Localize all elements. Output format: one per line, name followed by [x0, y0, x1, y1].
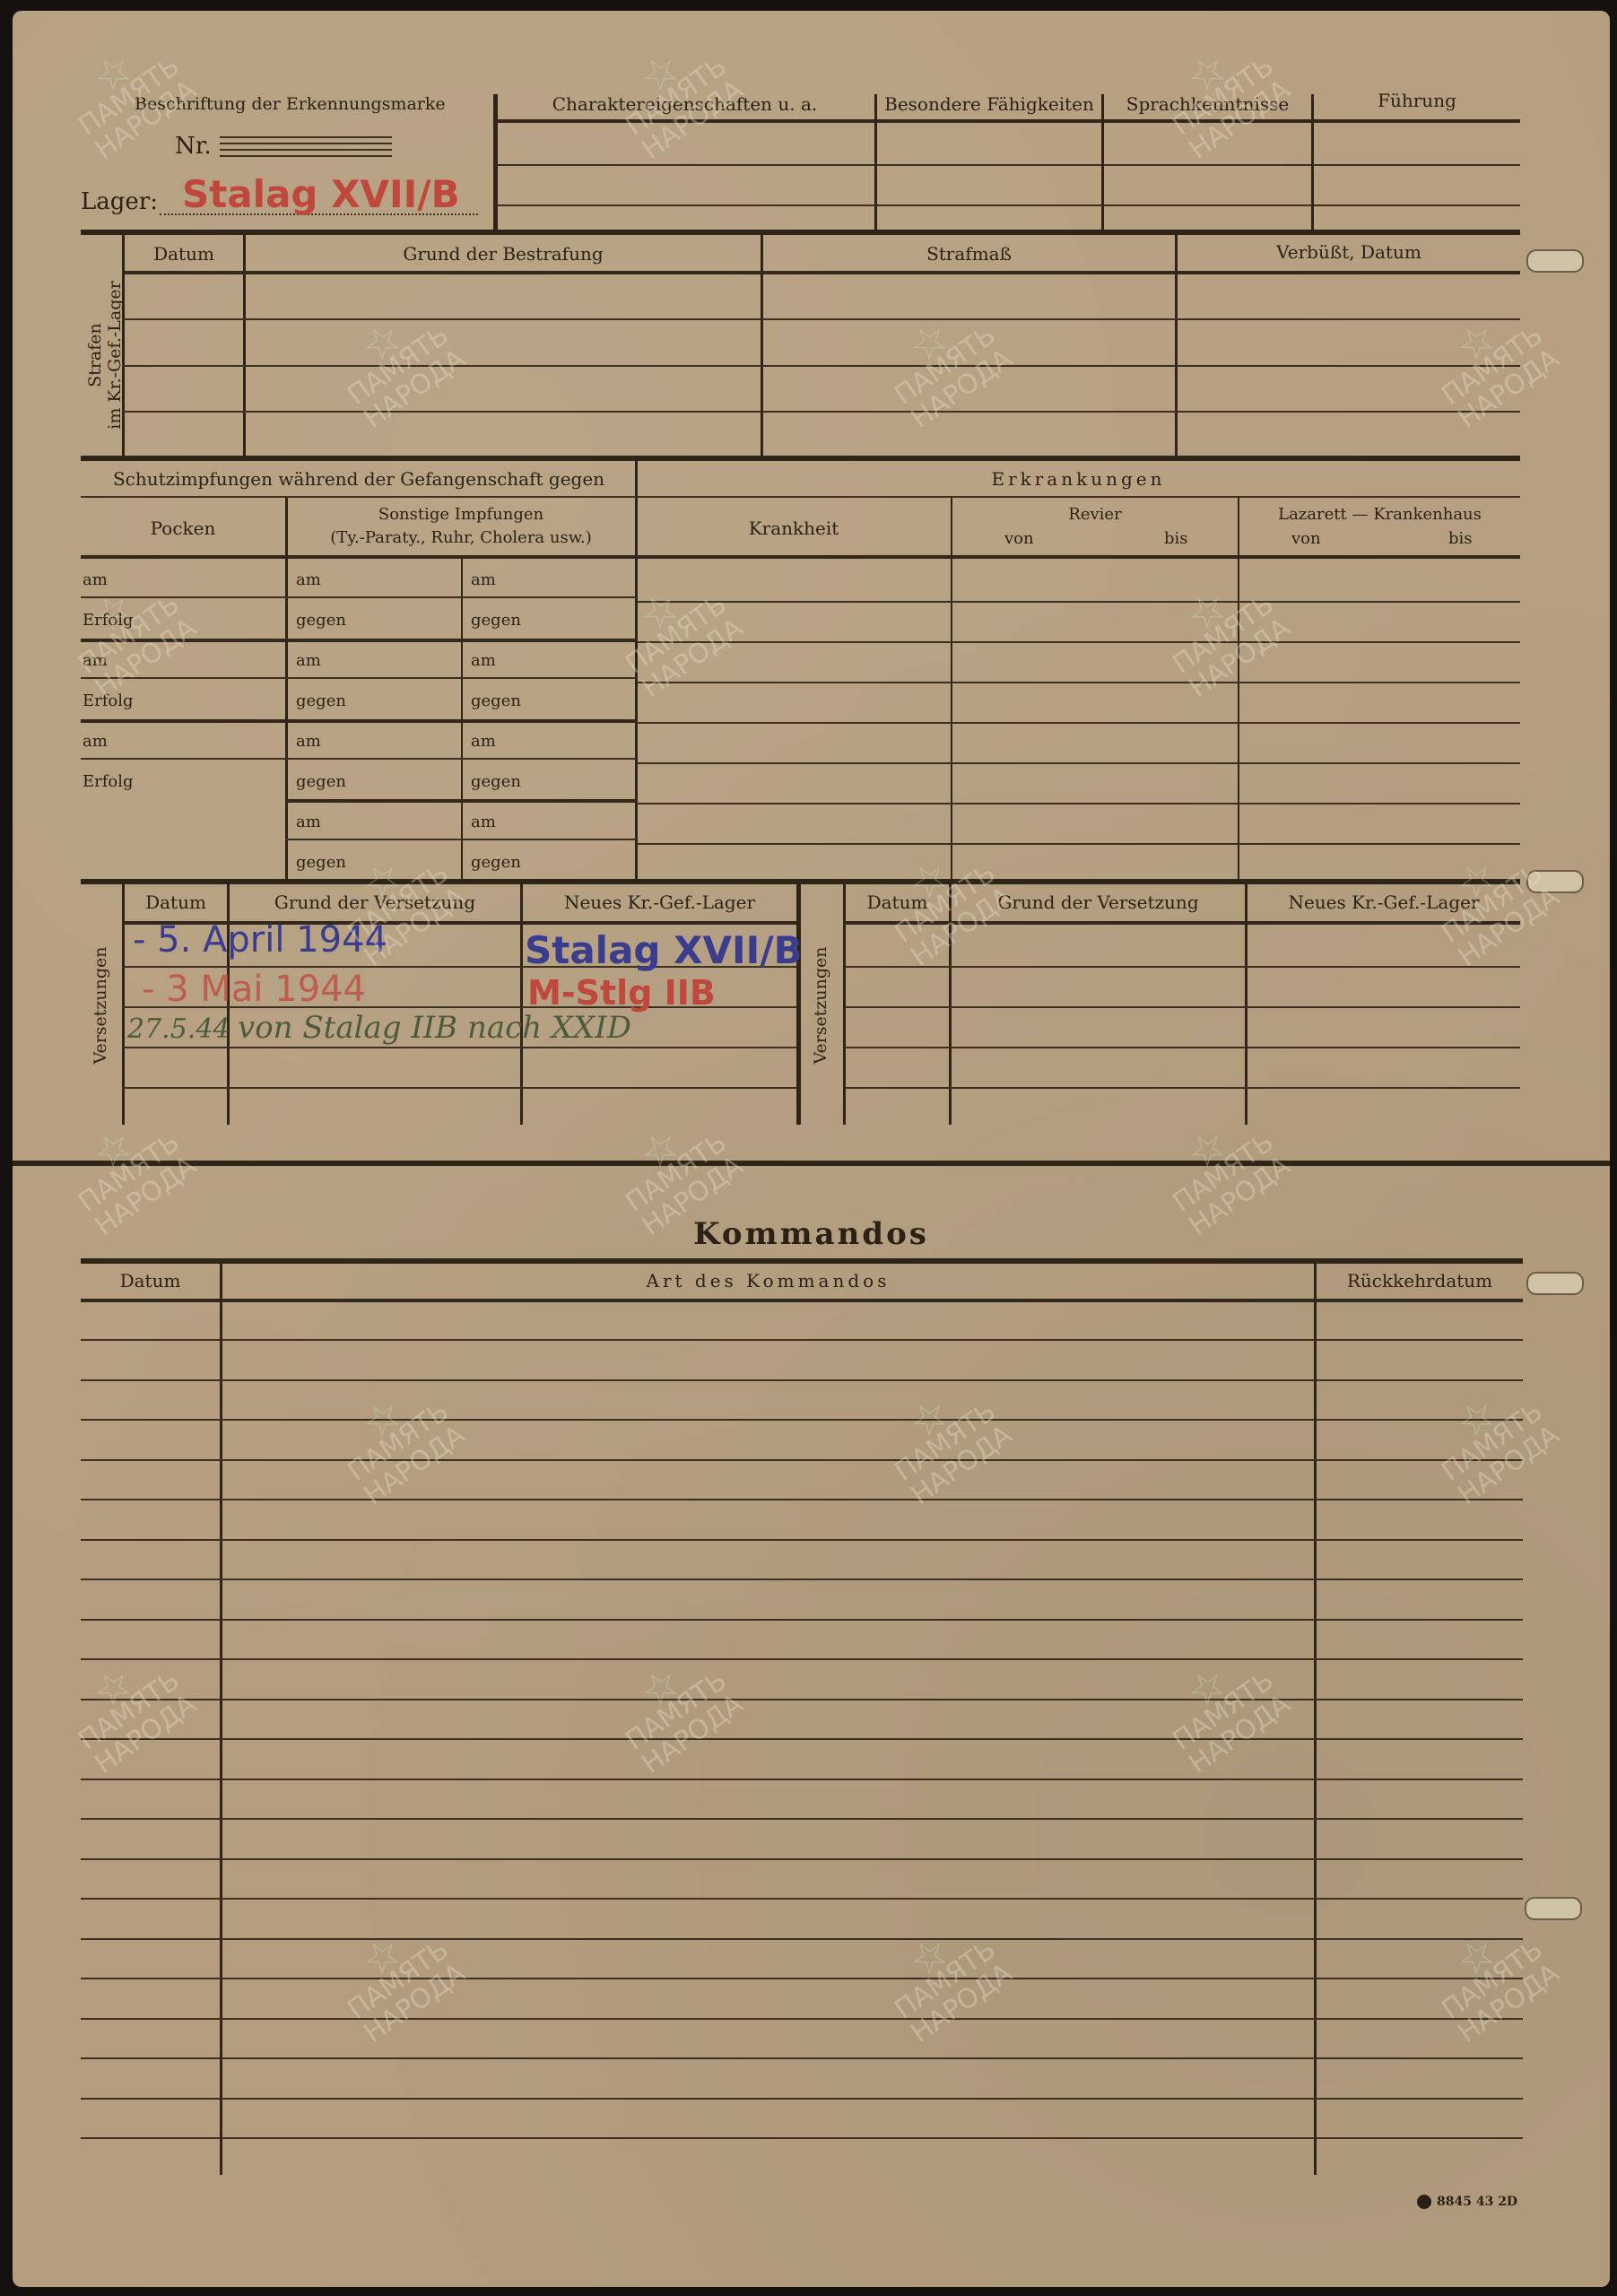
col-pocken: Pocken — [81, 517, 285, 539]
other-am-1b: am — [471, 570, 496, 589]
transfers-side-label-right: Versetzungen — [811, 916, 830, 1095]
kommandos-title: Kommandos — [13, 1216, 1610, 1252]
other-am-4b: am — [471, 813, 496, 831]
kommandos-row-line — [81, 1339, 1523, 1341]
binding-string-icon — [1525, 1897, 1582, 1920]
pocken-am-3: am — [83, 732, 108, 751]
handwritten-transfer-note: von Stalag IIB nach XXID — [238, 1010, 631, 1046]
other-gegen-4b: gegen — [471, 853, 521, 872]
nr-label: Nr. — [175, 133, 212, 160]
transfer-camp-stamp-2: M-Stlg IIB — [527, 973, 716, 1013]
punishments-side-label: Strafenim Kr.-Gef.-Lager — [85, 265, 125, 445]
transfer-col-new-camp: Neues Kr.-Gef.-Lager — [523, 891, 796, 913]
transfer-col-reason: Grund der Versetzung — [230, 891, 520, 913]
col-abilities: Besondere Fähigkeiten — [877, 93, 1101, 115]
col-sentence: Strafmaß — [763, 243, 1175, 265]
binding-string-icon — [1526, 249, 1584, 273]
transfer-right-col-date: Datum — [846, 891, 949, 913]
other-gegen-4a: gegen — [296, 853, 346, 872]
other-am-3b: am — [471, 732, 496, 751]
kommandos-col-type: Art des Kommandos — [222, 1270, 1314, 1291]
document-page — [13, 11, 1610, 2287]
kommandos-row-line — [81, 1499, 1523, 1500]
infirmary-from: von — [1004, 529, 1034, 548]
other-gegen-2b: gegen — [471, 691, 521, 710]
tag-label: Beschriftung der Erkennungsmarke — [135, 94, 446, 114]
kommandos-row-line — [81, 1379, 1523, 1381]
kommandos-row-line — [81, 2018, 1523, 2020]
handwritten-transfer-date: 27.5.44 — [127, 1013, 230, 1045]
transfer-right-col-new-camp: Neues Kr.-Gef.-Lager — [1248, 891, 1520, 913]
infirmary-to: bis — [1164, 529, 1188, 548]
kommandos-row-line — [81, 2098, 1523, 2100]
pocken-erfolg-3: Erfolg — [83, 772, 134, 791]
other-am-1a: am — [296, 570, 321, 589]
pocken-am-1: am — [83, 570, 108, 589]
kommandos-row-line — [81, 1898, 1523, 1900]
kommandos-row-line — [81, 1818, 1523, 1820]
binding-string-icon — [1526, 1272, 1584, 1295]
kommandos-row-line — [81, 1938, 1523, 1940]
col-illness: Krankheit — [637, 517, 951, 539]
binding-string-icon — [1526, 870, 1584, 893]
illnesses-title: Erkrankungen — [637, 468, 1520, 490]
col-infirmary: Revier — [952, 505, 1238, 524]
other-gegen-1b: gegen — [471, 611, 521, 630]
pocken-erfolg-2: Erfolg — [83, 691, 134, 710]
other-gegen-1a: gegen — [296, 611, 346, 630]
other-am-2b: am — [471, 651, 496, 670]
other-gegen-2a: gegen — [296, 691, 346, 710]
lager-stamp: Stalag XVII/B — [182, 172, 460, 216]
other-am-2a: am — [296, 651, 321, 670]
form-code: 8845 43 2D — [1417, 2195, 1517, 2209]
transfers-side-label-left: Versetzungen — [91, 916, 110, 1095]
kommandos-row-line — [81, 1578, 1523, 1580]
kommandos-row-line — [81, 1459, 1523, 1461]
other-am-3a: am — [296, 732, 321, 751]
pocken-am-2: am — [83, 651, 108, 670]
kommandos-row-line — [81, 2137, 1523, 2139]
kommandos-row-line — [81, 1658, 1523, 1660]
col-character: Charaktereigenschaften u. a. — [495, 93, 874, 115]
kommandos-row-line — [81, 1779, 1523, 1780]
col-other-vaccinations-sub: (Ty.-Paraty., Ruhr, Cholera usw.) — [287, 528, 635, 547]
transfer-date-stamp-1: - 5. April 1944 — [133, 919, 387, 961]
transfer-camp-stamp-1: Stalag XVII/B — [525, 928, 803, 972]
col-languages: Sprachkenntnisse — [1104, 93, 1311, 115]
hospital-from: von — [1291, 529, 1321, 548]
pocken-erfolg-1: Erfolg — [83, 611, 134, 630]
kommandos-row-line — [81, 1539, 1523, 1541]
hospital-to: bis — [1448, 529, 1473, 548]
kommandos-col-date: Datum — [81, 1270, 220, 1291]
transfer-right-col-reason: Grund der Versetzung — [952, 891, 1245, 913]
other-gegen-3a: gegen — [296, 772, 346, 791]
kommandos-row-line — [81, 1858, 1523, 1860]
transfer-date-stamp-2: - 3 Mai 1944 — [142, 969, 366, 1010]
col-other-vaccinations: Sonstige Impfungen — [287, 505, 635, 524]
lager-label: Lager: — [81, 188, 158, 215]
eagle-emblem-icon — [1417, 2195, 1431, 2209]
kommandos-row-line — [81, 1738, 1523, 1740]
vaccinations-title: Schutzimpfungen während der Gefangenscha… — [81, 468, 637, 490]
col-hospital: Lazarett — Krankenhaus — [1239, 505, 1520, 524]
kommandos-col-return-date: Rückkehrdatum — [1317, 1270, 1523, 1291]
kommandos-row-line — [81, 1419, 1523, 1421]
transfer-col-date: Datum — [125, 891, 227, 913]
col-served-date: Verbüßt, Datum — [1178, 241, 1520, 263]
other-am-4a: am — [296, 813, 321, 831]
col-conduct: Führung — [1314, 90, 1520, 111]
kommandos-row-line — [81, 1619, 1523, 1621]
col-date: Datum — [125, 243, 243, 265]
kommandos-row-line — [81, 1978, 1523, 1979]
kommandos-row-line — [81, 1699, 1523, 1700]
kommandos-row-line — [81, 2057, 1523, 2059]
other-gegen-3b: gegen — [471, 772, 521, 791]
col-reason: Grund der Bestrafung — [246, 243, 761, 265]
